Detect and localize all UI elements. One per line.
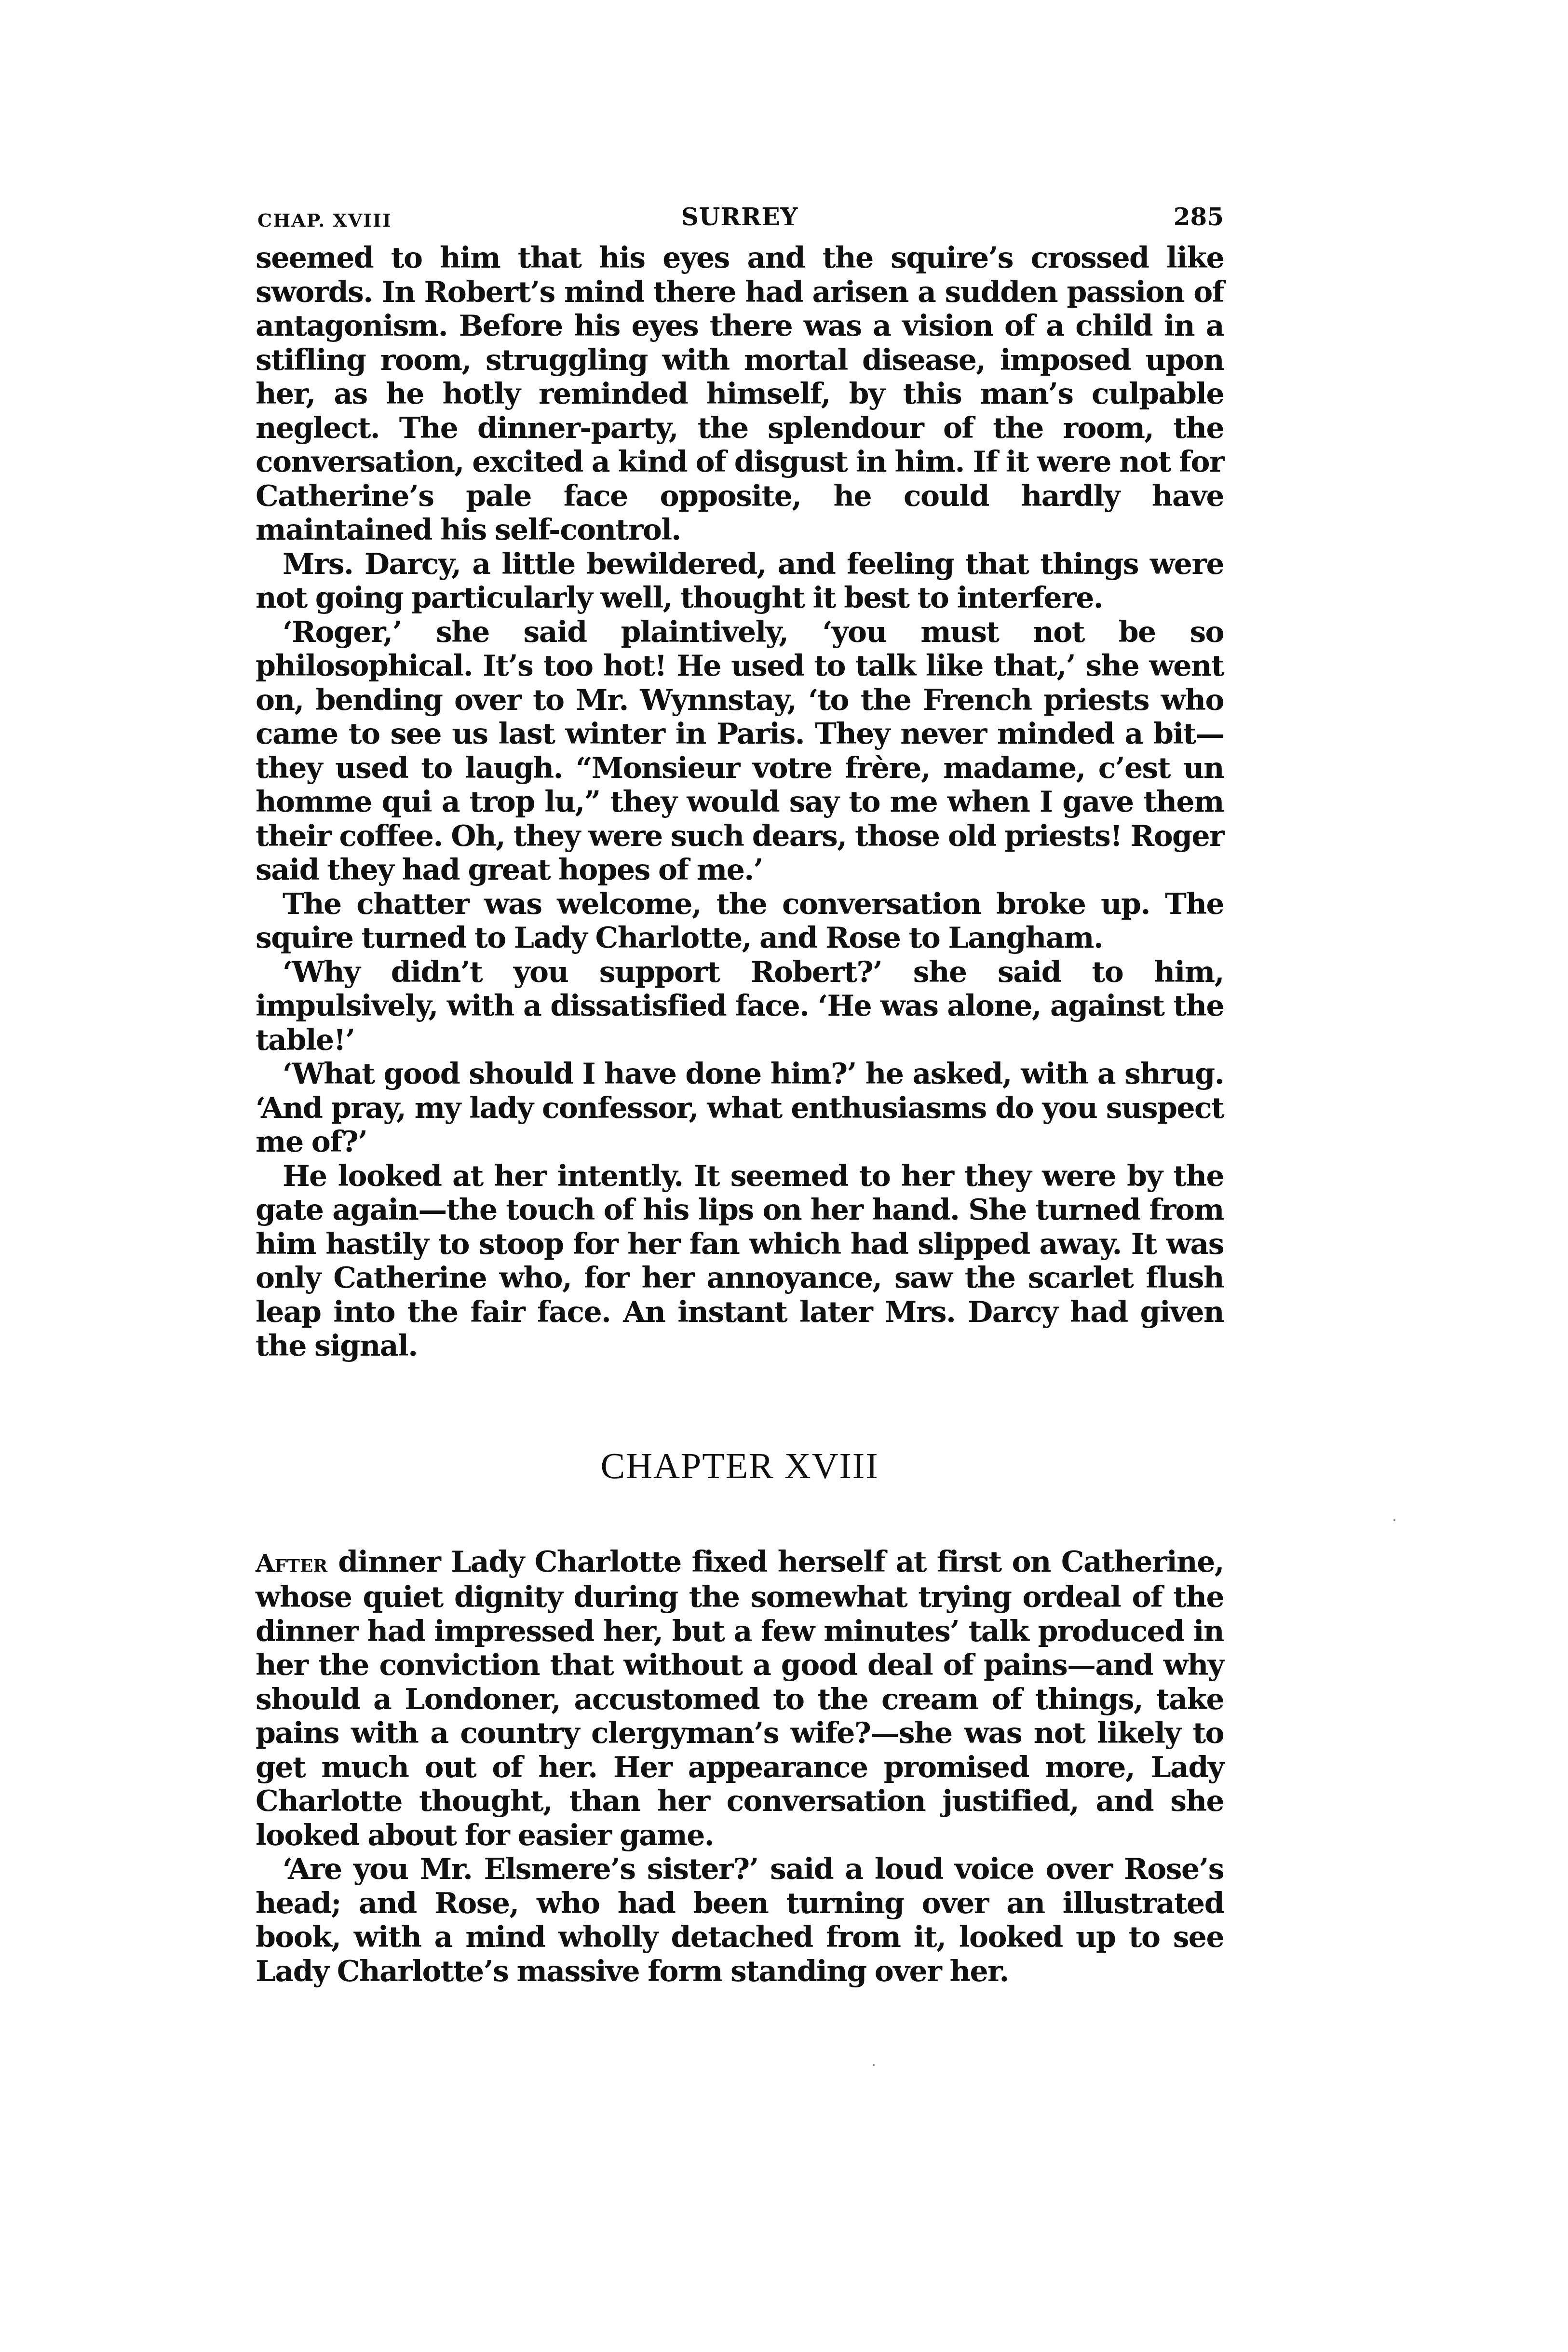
paragraph: He looked at her intently. It seemed to … xyxy=(256,1159,1224,1363)
scan-speck xyxy=(873,2064,875,2066)
chapter-heading: CHAPTER XVIII xyxy=(256,1445,1224,1487)
body-text-after-chapter: After dinner Lady Charlotte fixed hersel… xyxy=(256,1545,1224,1989)
paragraph: ‘Are you Mr. Elsmere’s sister?’ said a l… xyxy=(256,1852,1224,1988)
paragraph: The chatter was welcome, the conversatio… xyxy=(256,887,1224,955)
paragraph: seemed to him that his eyes and the squi… xyxy=(256,241,1224,547)
paragraph-opening: After dinner Lady Charlotte fixed hersel… xyxy=(256,1545,1224,1853)
running-head-title: SURREY xyxy=(256,203,1224,231)
paragraph: ‘Why didn’t you support Robert?’ she sai… xyxy=(256,955,1224,1058)
opening-paragraph-text: dinner Lady Charlotte fixed herself at f… xyxy=(256,1545,1224,1852)
book-page: CHAP. XVIII SURREY 285 seemed to him tha… xyxy=(256,203,1224,1988)
paragraph: ‘What good should I have done him?’ he a… xyxy=(256,1057,1224,1159)
paragraph: ‘Roger,’ she said plaintively, ‘you must… xyxy=(256,615,1224,887)
body-text-before-chapter: seemed to him that his eyes and the squi… xyxy=(256,241,1224,1363)
paragraph: Mrs. Darcy, a little bewildered, and fee… xyxy=(256,547,1224,615)
page-number: 285 xyxy=(1174,203,1224,231)
scan-speck xyxy=(1393,1519,1395,1521)
opening-word: After xyxy=(256,1549,327,1578)
running-head: CHAP. XVIII SURREY 285 xyxy=(256,203,1224,241)
